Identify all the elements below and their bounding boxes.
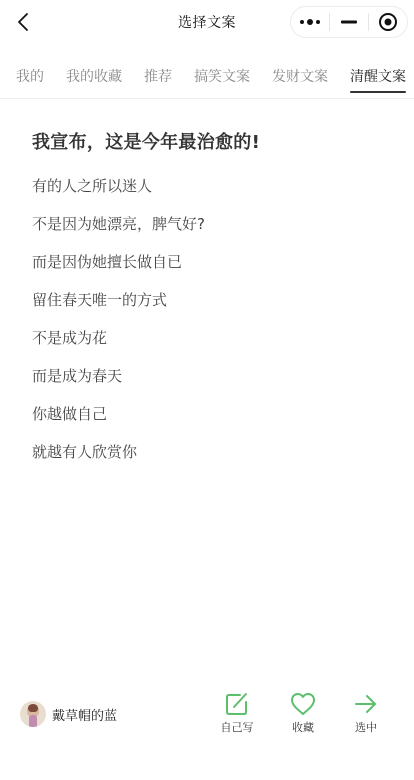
select-button[interactable]: 选中 (341, 692, 391, 735)
tab-funny[interactable]: 搞笑文案 (194, 66, 250, 86)
copy-line: 有的人之所以迷人 (32, 175, 392, 213)
author-name: 戴草帽的蓝 (52, 705, 117, 724)
close-miniprogram-button[interactable] (369, 7, 407, 37)
more-dots-icon (299, 18, 321, 26)
tab-sober[interactable]: 清醒文案 (350, 66, 406, 86)
tab-recommended[interactable]: 推荐 (144, 66, 172, 86)
heart-icon (290, 692, 316, 716)
tab-my-favorites[interactable]: 我的收藏 (66, 66, 122, 86)
favorite-label: 收藏 (292, 719, 314, 735)
minimize-button[interactable] (330, 7, 368, 37)
copywriting-content: 我宣布，这是今年最治愈的! 有的人之所以迷人 不是因为她漂亮，脾气好? 而是因伪… (32, 128, 392, 479)
more-button[interactable] (291, 7, 329, 37)
author-info[interactable]: 戴草帽的蓝 (20, 701, 117, 727)
copy-line: 就越有人欣赏你 (32, 441, 392, 479)
minimize-icon (341, 20, 357, 24)
copy-line: 而是因伪她擅长做自已 (32, 251, 392, 289)
copy-line: 不是因为她漂亮，脾气好? (32, 213, 392, 251)
tab-fortune[interactable]: 发财文案 (272, 66, 328, 86)
copy-line: 不是成为花 (32, 327, 392, 365)
copy-line: 留住春天唯一的方式 (32, 289, 392, 327)
navigation-bar: 选择文案 (0, 0, 414, 44)
avatar (20, 701, 46, 727)
screen: 选择文案 (0, 0, 414, 780)
write-own-button[interactable]: 自己写 (212, 692, 262, 735)
favorite-button[interactable]: 收藏 (278, 692, 328, 735)
copy-line: 你越做自己 (32, 403, 392, 441)
bottom-action-bar: 戴草帽的蓝 自己写 收藏 选中 (0, 690, 414, 746)
write-own-label: 自己写 (221, 719, 254, 735)
edit-icon (225, 692, 249, 716)
select-label: 选中 (355, 719, 377, 735)
tabs-divider (0, 98, 414, 99)
copy-line: 而是成为春天 (32, 365, 392, 403)
tab-mine[interactable]: 我的 (16, 66, 44, 86)
capsule-menu (290, 6, 408, 38)
arrow-right-icon (354, 692, 378, 716)
category-tabs: 我的 我的收藏 推荐 搞笑文案 发财文案 清醒文案 (0, 58, 414, 98)
target-circle-icon (378, 12, 398, 32)
copy-headline: 我宣布，这是今年最治愈的! (32, 128, 392, 154)
